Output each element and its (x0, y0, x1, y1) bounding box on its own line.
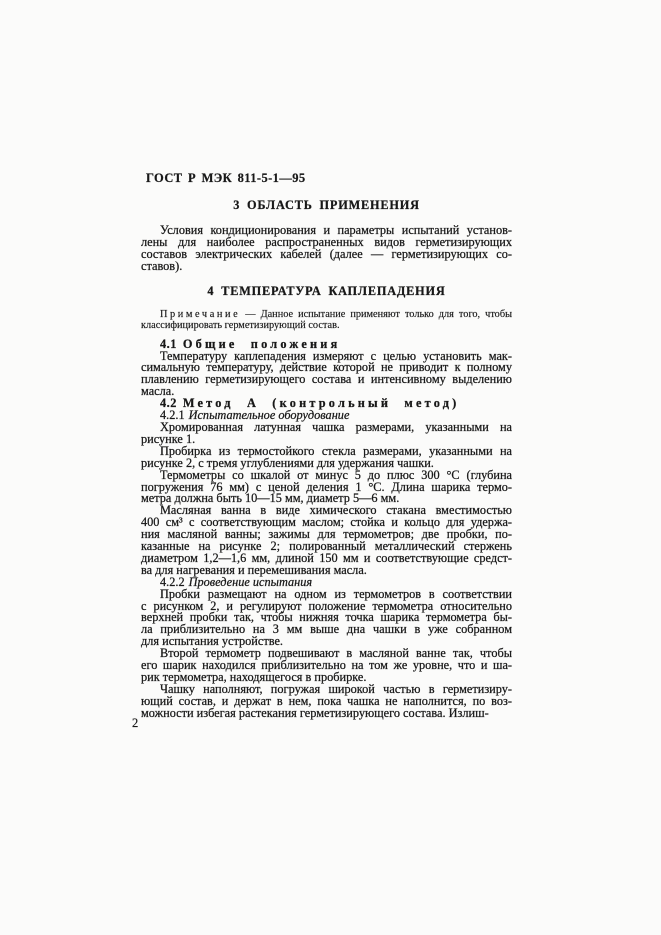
running-head-standard-code: ГОСТ Р МЭК 811-5-1—95 (146, 171, 306, 186)
equipment-paragraph-1: Хромированная латунная чашка размерами, … (141, 422, 512, 446)
note-line: классифицировать герметизирующий состав. (141, 321, 512, 332)
section-3-heading: 3 ОБЛАСТЬ ПРИМЕНЕНИЯ (141, 200, 512, 212)
note-label: Примечание (160, 309, 240, 320)
text-line: составов электрических кабелей (далее — … (141, 249, 512, 261)
text-line: можности избегая растекания герметизирую… (141, 708, 512, 720)
equipment-paragraph-3: Термометры со шкалой от минус 5 до плюс … (141, 470, 512, 506)
procedure-paragraph-2: Второй термометр подвешивают в масляной … (141, 648, 512, 684)
page-number: 2 (132, 716, 138, 731)
document-page: ГОСТ Р МЭК 811-5-1—95 3 ОБЛАСТЬ ПРИМЕНЕН… (0, 0, 661, 935)
section-4-heading: 4 ТЕМПЕРАТУРА КАПЛЕПАДЕНИЯ (141, 286, 512, 298)
equipment-paragraph-2: Пробирка из термостойкого стекла размера… (141, 446, 512, 470)
text-line: Хромированная латунная чашка размерами, … (141, 422, 512, 434)
procedure-paragraph-3: Чашку наполняют, погружая широкой частью… (141, 684, 512, 720)
text-line: плавлению герметизирующего состава и инт… (141, 374, 512, 386)
text-line: ставов). (141, 261, 512, 273)
procedure-paragraph-1: Пробки размещают на одном из термометров… (141, 589, 512, 649)
note-block: Примечание — Данное испытание применяют … (141, 310, 512, 331)
equipment-paragraph-4: Масляная ванна в виде химического стакан… (141, 505, 512, 576)
text-block: 3 ОБЛАСТЬ ПРИМЕНЕНИЯУсловия кондициониро… (141, 200, 512, 720)
scope-paragraph: Условия кондиционирования и параметры ис… (141, 225, 512, 273)
clause-4-1-paragraph: Температуру каплепадения измеряют с цель… (141, 351, 512, 399)
